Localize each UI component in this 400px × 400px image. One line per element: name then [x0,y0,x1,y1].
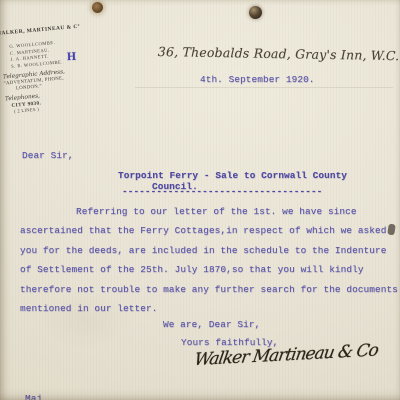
salutation: Dear Sir, [22,150,74,161]
body-line: of Settlement of the 25th. July 1870,so … [20,260,398,279]
letterhead-block: WALKER, MARTINEAU & Cº G. WOOLLCOMBE.C. … [0,24,87,116]
paper-stain [40,290,130,350]
subject-underline: ----------------------------------- [122,186,322,197]
closing-line-1: We are, Dear Sir, [163,319,260,330]
contact-block: Telegraphic Address, “ADVENTATUM, PHONE,… [3,67,87,115]
date-rule-line [135,87,393,88]
firm-name: WALKER, MARTINEAU & Cº [0,24,80,37]
body-line: ascertained that the Ferry Cottages,in r… [20,221,398,240]
reference-stamp: H [67,51,76,63]
letter-scan-page: WALKER, MARTINEAU & Cº G. WOOLLCOMBE.C. … [0,0,400,400]
punch-hole-icon [92,2,103,13]
body-line: you for the deeds, are included in the s… [20,241,398,260]
addressee-cutoff-text: Maj [25,393,42,400]
subject-line-1: Torpoint Ferry - Sale to Cornwall County [118,170,347,181]
sender-address: 36, Theobalds Road, Gray's Inn, W.C.1. [158,44,400,63]
fastener-stud-icon [249,6,262,19]
letter-date: 4th. September 1920. [200,74,315,85]
body-line: Referring to our letter of the 1st. we h… [20,202,398,221]
